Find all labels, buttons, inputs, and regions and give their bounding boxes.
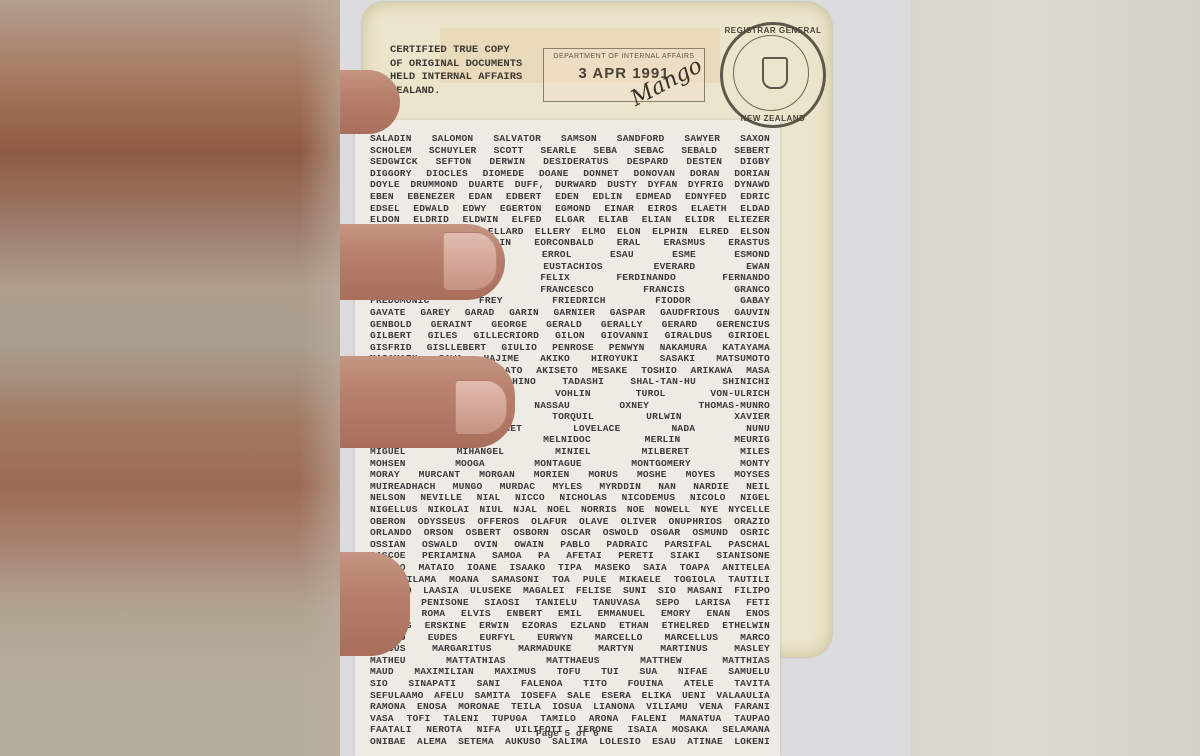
name-entry: TAMILO <box>540 713 576 725</box>
name-entry: SUNI <box>623 585 647 597</box>
name-entry: SIAOSI <box>484 597 520 609</box>
name-entry: SCHUYLER <box>429 145 477 157</box>
name-entry: PA <box>538 550 550 562</box>
finger-lower <box>340 356 515 448</box>
name-entry: FAATALI <box>370 724 412 736</box>
name-entry: ETHELRED <box>662 620 710 632</box>
name-entry: GISFRID <box>370 342 412 354</box>
name-entry: SALADIN <box>370 133 412 145</box>
name-entry: SEBA <box>593 145 617 157</box>
name-entry: DYFAN <box>648 179 678 191</box>
name-entry: MONTAGUE <box>534 458 582 470</box>
name-entry: TUROL <box>636 388 666 400</box>
name-entry: GILES <box>428 330 458 342</box>
name-entry: OSSIAN <box>370 539 406 551</box>
name-entry: FRANCESCO <box>540 284 594 296</box>
name-entry: OLAVE <box>579 516 609 528</box>
name-entry: ELDAD <box>740 203 770 215</box>
name-entry: SAWYER <box>684 133 720 145</box>
name-entry: OSBORN <box>513 527 549 539</box>
name-entry: UENI <box>682 690 706 702</box>
name-row: MAUDMAXIMILIANMAXIMUSTOFUTUISUANIFAESAMU… <box>370 666 770 678</box>
name-entry: ELIDR <box>685 214 715 226</box>
name-entry: MATTHAEUS <box>546 655 600 667</box>
name-entry: VALAAULIA <box>716 690 770 702</box>
seal-top-text: REGISTRAR GENERAL <box>723 26 823 35</box>
name-entry: AFELU <box>434 690 464 702</box>
name-entry: NUNU <box>746 423 770 435</box>
name-entry: SIO <box>658 585 676 597</box>
name-entry: ERSKINE <box>425 620 467 632</box>
name-entry: DONNET <box>583 168 619 180</box>
name-entry: IOSEFA <box>521 690 557 702</box>
name-entry: DESTEN <box>686 156 722 168</box>
name-entry: ERASTUS <box>728 237 770 249</box>
certification-text: CERTIFIED TRUE COPYOF ORIGINAL DOCUMENTS… <box>390 44 522 98</box>
finger-upper <box>340 224 505 300</box>
name-entry: ENBERT <box>507 608 543 620</box>
name-entry: HIROYUKI <box>591 353 639 365</box>
name-entry: PENISONE <box>421 597 469 609</box>
name-entry: FILIPO <box>734 585 770 597</box>
name-entry: MARTYN <box>598 643 634 655</box>
name-entry: GARNIER <box>553 307 595 319</box>
name-entry: RAMONA <box>370 701 406 713</box>
name-entry: GIRALDUS <box>665 330 713 342</box>
name-entry: TADASHI <box>562 376 604 388</box>
name-entry: ALEMA <box>417 736 447 748</box>
fingernail <box>455 380 507 434</box>
name-entry: ORLANDO <box>370 527 412 539</box>
name-row: SAMESAROMAELVISENBERTEMILEMMANUELEMORYEN… <box>370 608 770 620</box>
name-entry: SAMOA <box>492 550 522 562</box>
name-entry: ISAAKO <box>510 562 546 574</box>
name-entry: NYCELLE <box>728 504 770 516</box>
name-entry: NOWELL <box>655 504 691 516</box>
name-entry: ELPHIN <box>652 226 688 238</box>
name-row: SCHOLEMSCHUYLERSCOTTSEARLESEBASEBACSEBAL… <box>370 145 770 157</box>
name-entry: MURDAC <box>500 481 536 493</box>
name-entry: NIAL <box>477 492 501 504</box>
name-entry: MASA <box>746 365 770 377</box>
name-entry: GAVATE <box>370 307 406 319</box>
name-entry: PERETI <box>618 550 654 562</box>
name-entry: ENOSA <box>417 701 447 713</box>
name-entry: TIPA <box>558 562 582 574</box>
name-entry: NIFA <box>477 724 501 736</box>
name-entry: ELMO <box>582 226 606 238</box>
name-entry: ONIBAE <box>370 736 406 748</box>
name-entry: ISAIA <box>628 724 658 736</box>
name-row: ORLANDOORSONOSBERTOSBORNOSCAROSWOLDOSGAR… <box>370 527 770 539</box>
name-entry: EUDES <box>428 632 458 644</box>
certification-line: HELD INTERNAL AFFAIRS <box>390 71 522 85</box>
name-entry: LARISA <box>695 597 731 609</box>
name-entry: SHINICHI <box>722 376 770 388</box>
blurred-background-left <box>0 0 340 756</box>
name-entry: DURWARD <box>555 179 597 191</box>
name-entry: OXNEY <box>619 400 649 412</box>
name-entry: PABLO <box>560 539 590 551</box>
name-entry: TAUTILI <box>728 574 770 586</box>
name-entry: SAIA <box>643 562 667 574</box>
name-entry: DESIDERATUS <box>543 156 609 168</box>
name-entry: PENROSE <box>552 342 594 354</box>
name-entry: SAMUELU <box>728 666 770 678</box>
name-entry: NOE <box>627 504 645 516</box>
name-entry: GAUDFRIOUS <box>660 307 720 319</box>
name-entry: AFETAI <box>566 550 602 562</box>
name-entry: EIROS <box>648 203 678 215</box>
name-entry: TOSHIO <box>641 365 677 377</box>
name-entry: FELIX <box>540 272 570 284</box>
name-entry: NICHOLAS <box>559 492 607 504</box>
name-entry: DIGBY <box>740 156 770 168</box>
name-entry: LIANONA <box>593 701 635 713</box>
name-entry: MOSAKA <box>672 724 708 736</box>
name-entry: ELGAR <box>555 214 585 226</box>
name-entry: MASEKO <box>595 562 631 574</box>
name-entry: OSWALD <box>422 539 458 551</box>
name-entry: GRANCO <box>734 284 770 296</box>
certification-line: OF ORIGINAL DOCUMENTS <box>390 58 522 72</box>
name-entry: DOYLE <box>370 179 400 191</box>
name-entry: DONOVAN <box>634 168 676 180</box>
name-entry: EDEN <box>555 191 579 203</box>
name-entry: GERARD <box>662 319 698 331</box>
name-entry: ODYSSEUS <box>418 516 466 528</box>
name-row: DIGGORYDIOCLESDIOMEDEDOANEDONNETDONOVAND… <box>370 168 770 180</box>
name-row: MUIREADHACHMUNGOMURDACMYLESMYRDDINNANNAR… <box>370 481 770 493</box>
name-entry: GILBERT <box>370 330 412 342</box>
name-entry: EDMEAD <box>636 191 672 203</box>
name-entry: GISLLEBERT <box>427 342 487 354</box>
name-entry: MIKAELE <box>619 574 661 586</box>
name-row: NIGELLUSNIKOLAINIULNJALNOELNORRISNOENOWE… <box>370 504 770 516</box>
name-entry: ELAETH <box>691 203 727 215</box>
name-row: GAVATEGAREYGARADGARINGARNIERGASPARGAUDFR… <box>370 307 770 319</box>
name-entry: MASANI <box>687 585 723 597</box>
name-entry: MARCELLO <box>595 632 643 644</box>
name-entry: NIGELLUS <box>370 504 418 516</box>
name-entry: SASAKI <box>660 353 696 365</box>
name-entry: ESAU <box>610 249 634 261</box>
name-entry: TANIELU <box>535 597 577 609</box>
name-row: MORAYMURCANTMORGANMORIENMORUSMOSHEMOYESM… <box>370 469 770 481</box>
name-entry: VILIAMU <box>646 701 688 713</box>
name-entry: MOANA <box>449 574 479 586</box>
name-entry: MASLEY <box>734 643 770 655</box>
name-entry: NICCO <box>515 492 545 504</box>
name-entry: EBENEZER <box>407 191 455 203</box>
name-entry: LOVELACE <box>573 423 621 435</box>
name-entry: MARCO <box>740 632 770 644</box>
name-entry: ERASMUS <box>664 237 706 249</box>
name-entry: MAUD <box>370 666 394 678</box>
name-entry: GARAD <box>465 307 495 319</box>
name-entry: MATHEU <box>370 655 406 667</box>
name-entry: AKISETO <box>536 365 578 377</box>
name-entry: GILON <box>555 330 585 342</box>
name-entry: FERDINANDO <box>616 272 676 284</box>
name-entry: VON-ULRICH <box>710 388 770 400</box>
name-entry: ATELE <box>684 678 714 690</box>
name-entry: SIANISONE <box>716 550 770 562</box>
name-entry: EZORAS <box>522 620 558 632</box>
name-entry: TAUPAO <box>734 713 770 725</box>
name-row: SEDGWICKSEFTONDERWINDESIDERATUSDESPARDDE… <box>370 156 770 168</box>
name-entry: SEPO <box>656 597 680 609</box>
name-entry: SEBERT <box>734 145 770 157</box>
name-entry: OSMUND <box>692 527 728 539</box>
name-row: OSSIANOSWALDOVINOWAINPABLOPADRAICPARSIFA… <box>370 539 770 551</box>
name-entry: NIFAE <box>678 666 708 678</box>
name-row: EUCLIDEUDESEURFYLEURWYNMARCELLOMARCELLUS… <box>370 632 770 644</box>
name-entry: NASSAU <box>534 400 570 412</box>
name-entry: SCOTT <box>494 145 524 157</box>
name-entry: MYLES <box>552 481 582 493</box>
name-row: PAIAILAMAMOANASAMASONITOAPULEMIKAELETOGI… <box>370 574 770 586</box>
name-entry: MOOGA <box>455 458 485 470</box>
name-entry: GERAINT <box>431 319 473 331</box>
name-entry: NIGEL <box>740 492 770 504</box>
name-entry: SEBALD <box>681 145 717 157</box>
name-entry: AKIKO <box>540 353 570 365</box>
name-entry: MORAY <box>370 469 400 481</box>
name-entry: PADRAIC <box>606 539 648 551</box>
name-entry: VENA <box>699 701 723 713</box>
name-entry: SELAMANA <box>722 724 770 736</box>
name-row: ERASMUSERSKINEERWINEZORASEZLANDETHANETHE… <box>370 620 770 632</box>
name-row: GISFRIDGISLLEBERTGIULIOPENROSEPENWYNNAKA… <box>370 342 770 354</box>
name-row: OBERONODYSSEUSOFFEROSOLAFUROLAVEOLIVERON… <box>370 516 770 528</box>
name-entry: GABAY <box>740 295 770 307</box>
name-entry: ELON <box>617 226 641 238</box>
name-entry: MONTY <box>740 458 770 470</box>
name-entry: ONUPHRIOS <box>669 516 723 528</box>
name-entry: SEFTON <box>436 156 472 168</box>
name-entry: EDRIC <box>740 191 770 203</box>
name-entry: ERWIN <box>479 620 509 632</box>
name-entry: EURWYN <box>537 632 573 644</box>
name-entry: ETHELWIN <box>722 620 770 632</box>
name-entry: SIO <box>370 678 388 690</box>
name-entry: EDLIN <box>592 191 622 203</box>
name-entry: EDWALD <box>413 203 449 215</box>
name-entry: FREY <box>479 295 503 307</box>
name-entry: SETEMA <box>458 736 494 748</box>
name-entry: DRUMMOND <box>410 179 458 191</box>
name-entry: NAKAMURA <box>660 342 708 354</box>
name-entry: NEVILLE <box>420 492 462 504</box>
name-entry: SALE <box>567 690 591 702</box>
fingernail <box>443 232 497 290</box>
name-row: DOYLEDRUMMONDDUARTEDUFF,DURWARDDUSTYDYFA… <box>370 179 770 191</box>
name-entry: MEURIG <box>734 434 770 446</box>
name-entry: EDBERT <box>506 191 542 203</box>
name-entry: GAUVIN <box>734 307 770 319</box>
name-entry: LOLESIO <box>599 736 641 748</box>
name-row: SALADINSALOMONSALVATORSAMSONSANDFORDSAWY… <box>370 133 770 145</box>
name-entry: ERROL <box>542 249 572 261</box>
name-entry: MORIEN <box>534 469 570 481</box>
name-entry: SANI <box>477 678 501 690</box>
name-entry: TOFU <box>557 666 581 678</box>
name-row: IAKOPOMATAIOIOANEISAAKOTIPAMASEKOSAIATOA… <box>370 562 770 574</box>
name-entry: NICOLO <box>690 492 726 504</box>
name-entry: GARIN <box>509 307 539 319</box>
name-entry: EUSTACHIOS <box>543 261 603 273</box>
name-entry: GIULIO <box>501 342 537 354</box>
name-entry: MILBERET <box>642 446 690 458</box>
name-entry: NORRIS <box>581 504 617 516</box>
name-entry: GASPAR <box>610 307 646 319</box>
name-entry: SAXON <box>740 133 770 145</box>
name-entry: VASA <box>370 713 394 725</box>
name-entry: ROMA <box>421 608 445 620</box>
name-row: EBENEBENEZEREDANEDBERTEDENEDLINEDMEADEDN… <box>370 191 770 203</box>
name-entry: NOEL <box>547 504 571 516</box>
name-row: GENBOLDGERAINTGEORGEGERALDGERALLYGERARDG… <box>370 319 770 331</box>
name-entry: SALVATOR <box>493 133 541 145</box>
name-entry: FARANI <box>734 701 770 713</box>
name-entry: MOHSEN <box>370 458 406 470</box>
name-entry: FIODOR <box>655 295 691 307</box>
name-entry: ESAU <box>652 736 676 748</box>
name-row: EDSELEDWALDEDWYEGERTONEGMONDEINAREIROSEL… <box>370 203 770 215</box>
name-entry: MURCANT <box>419 469 461 481</box>
name-entry: ORSON <box>424 527 454 539</box>
name-entry: DERWIN <box>489 156 525 168</box>
name-entry: ULUSEKE <box>470 585 512 597</box>
name-entry: FALENI <box>631 713 667 725</box>
name-entry: GERENCIUS <box>716 319 770 331</box>
name-entry: TAVITA <box>734 678 770 690</box>
name-entry: DUFF, <box>515 179 545 191</box>
name-entry: MILES <box>740 446 770 458</box>
name-entry: ENAN <box>706 608 730 620</box>
name-row: MARCUSMARGARITUSMARMADUKEMARTYNMARTINUSM… <box>370 643 770 655</box>
name-entry: FETI <box>746 597 770 609</box>
seal-bottom-text: NEW ZEALAND <box>723 114 823 123</box>
name-entry: EVERARD <box>654 261 696 273</box>
name-entry: SAMSON <box>561 133 597 145</box>
name-entry: DORAN <box>690 168 720 180</box>
name-entry: MATTATHIAS <box>446 655 506 667</box>
name-entry: MATTHEW <box>640 655 682 667</box>
name-entry: ELRED <box>699 226 729 238</box>
name-entry: THOMAS-MUNRO <box>698 400 770 412</box>
name-entry: MARTINUS <box>660 643 708 655</box>
name-entry: URLWIN <box>646 411 682 423</box>
name-entry: DIGGORY <box>370 168 412 180</box>
name-entry: EWAN <box>746 261 770 273</box>
name-entry: TEILA <box>511 701 541 713</box>
name-entry: MUNGO <box>453 481 483 493</box>
name-entry: OBERON <box>370 516 406 528</box>
name-entry: SANDFORD <box>617 133 665 145</box>
name-entry: OSRIC <box>740 527 770 539</box>
name-entry: OSWOLD <box>603 527 639 539</box>
name-entry: ELIAN <box>642 214 672 226</box>
name-entry: KATAYAMA <box>722 342 770 354</box>
name-entry: MONTGOMERY <box>631 458 691 470</box>
name-entry: TOFI <box>407 713 431 725</box>
name-entry: FRANCIS <box>643 284 685 296</box>
name-entry: PERIAMINA <box>422 550 476 562</box>
name-entry: ATINAE <box>687 736 723 748</box>
name-entry: GERALD <box>546 319 582 331</box>
name-entry: NELSON <box>370 492 406 504</box>
name-entry: EURFYL <box>479 632 515 644</box>
name-entry: SEDGWICK <box>370 156 418 168</box>
name-entry: FRIEDRICH <box>552 295 606 307</box>
name-entry: EDNYFED <box>685 191 727 203</box>
name-entry: MATAIO <box>419 562 455 574</box>
name-entry: ELIAB <box>598 214 628 226</box>
name-entry: MANATUA <box>680 713 722 725</box>
name-entry: EGMOND <box>555 203 591 215</box>
name-entry: EMIL <box>558 608 582 620</box>
name-entry: NJAL <box>513 504 537 516</box>
name-entry: LAASIA <box>423 585 459 597</box>
name-entry: TUI <box>601 666 619 678</box>
name-entry: FERNANDO <box>722 272 770 284</box>
name-entry: PENWYN <box>609 342 645 354</box>
name-entry: SINAPATI <box>408 678 456 690</box>
name-entry: MORONAE <box>458 701 500 713</box>
name-row: GILBERTGILESGILLECRIORDGILONGIOVANNIGIRA… <box>370 330 770 342</box>
name-entry: VOHLIN <box>555 388 591 400</box>
name-entry: MATTHIAS <box>722 655 770 667</box>
name-row: NELSONNEVILLENIALNICCONICHOLASNICODEMUSN… <box>370 492 770 504</box>
name-entry: SALOMON <box>432 133 474 145</box>
name-entry: MERLIN <box>645 434 681 446</box>
name-entry: MELNIDOC <box>543 434 591 446</box>
name-entry: NICODEMUS <box>622 492 676 504</box>
name-entry: SUA <box>640 666 658 678</box>
name-entry: OSGAR <box>651 527 681 539</box>
name-entry: FOUINA <box>628 678 664 690</box>
name-entry: DIOCLES <box>426 168 468 180</box>
name-entry: TITO <box>583 678 607 690</box>
name-entry: MESAKE <box>592 365 628 377</box>
name-entry: DUARTE <box>469 179 505 191</box>
name-entry: PARSIFAL <box>664 539 712 551</box>
name-entry: EZLAND <box>570 620 606 632</box>
name-entry: MUIREADHACH <box>370 481 436 493</box>
name-entry: OLIVER <box>621 516 657 528</box>
blurred-background-right <box>910 0 1200 756</box>
name-entry: TALENI <box>443 713 479 725</box>
name-entry: MORGAN <box>479 469 515 481</box>
name-entry: ARONA <box>589 713 619 725</box>
name-entry: GERALLY <box>601 319 643 331</box>
name-entry: OSBERT <box>466 527 502 539</box>
name-entry: ELIKA <box>642 690 672 702</box>
name-entry: MARCELLUS <box>665 632 719 644</box>
name-entry: GIRIOEL <box>728 330 770 342</box>
name-entry: EMORY <box>661 608 691 620</box>
name-entry: DORIAN <box>734 168 770 180</box>
name-entry: DYNAWD <box>734 179 770 191</box>
name-entry: IOANE <box>467 562 497 574</box>
name-entry: GEORGE <box>491 319 527 331</box>
name-entry: MARGARITUS <box>432 643 492 655</box>
name-entry: XAVIER <box>734 411 770 423</box>
name-row: SAPATIPENISONESIAOSITANIELUTANUVASASEPOL… <box>370 597 770 609</box>
name-entry: MAXIMUS <box>494 666 536 678</box>
